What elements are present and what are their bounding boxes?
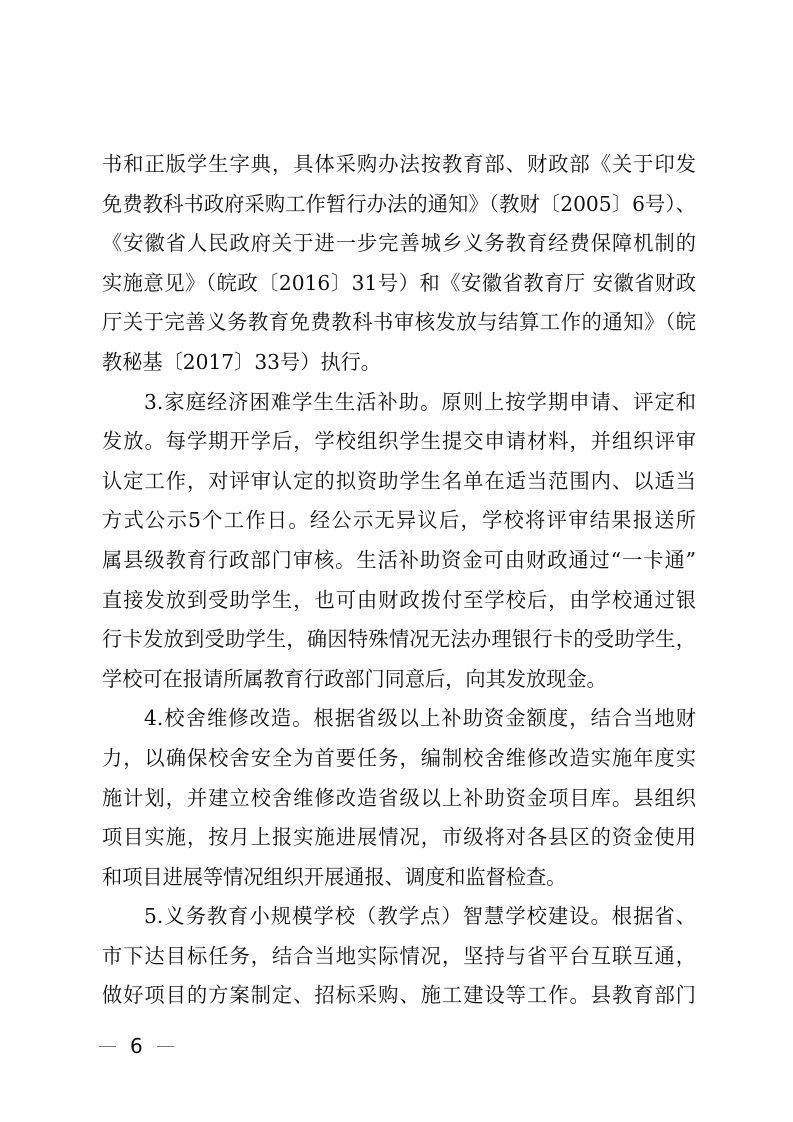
body-text: 书和正版学生字典，具体采购办法按教育部、财政部《关于印发免费教科书政府采购工作暂… <box>102 145 696 1016</box>
text-line: 书和正版学生字典，具体采购办法按教育部、财政部《关于印发 <box>102 145 696 185</box>
text-line: 方式公示5个工作日。经公示无异议后，学校将评审结果报送所 <box>102 501 696 541</box>
text-line: 教秘基〔2017〕33号）执行。 <box>102 343 696 383</box>
text-line: 学校可在报请所属教育行政部门同意后，向其发放现金。 <box>102 660 696 700</box>
text-line: 厅关于完善义务教育免费教科书审核发放与结算工作的通知》（皖 <box>102 303 696 343</box>
text-line: 实施意见》（皖政〔2016〕31号）和《安徽省教育厅 安徽省财政 <box>102 264 696 304</box>
page-number: 6 <box>130 1034 143 1058</box>
text-line: 做好项目的方案制定、招标采购、施工建设等工作。县教育部门 <box>102 976 696 1016</box>
text-line: 行卡发放到受助学生，确因特殊情况无法办理银行卡的受助学生， <box>102 620 696 660</box>
text-line: 和项目进展等情况组织开展通报、调度和监督检查。 <box>102 858 696 898</box>
text-line: 免费教科书政府采购工作暂行办法的通知》（教财〔2005〕6号）、 <box>102 185 696 225</box>
text-line: 《安徽省人民政府关于进一步完善城乡义务教育经费保障机制的 <box>102 224 696 264</box>
text-line: 直接发放到受助学生，也可由财政拨付至学校后，由学校通过银 <box>102 581 696 621</box>
text-line: 认定工作，对评审认定的拟资助学生名单在适当范围内、以适当 <box>102 462 696 502</box>
dash-left-decoration <box>99 1046 116 1047</box>
dash-right-decoration <box>157 1046 174 1047</box>
text-line: 4.校舍维修改造。根据省级以上补助资金额度，结合当地财 <box>102 699 696 739</box>
text-line: 发放。每学期开学后，学校组织学生提交申请材料，并组织评审 <box>102 422 696 462</box>
text-line: 属县级教育行政部门审核。生活补助资金可由财政通过“一卡通” <box>102 541 696 581</box>
text-line: 市下达目标任务，结合当地实际情况，坚持与省平台互联互通， <box>102 937 696 977</box>
text-line: 5.义务教育小规模学校（教学点）智慧学校建设。根据省、 <box>102 897 696 937</box>
text-line: 项目实施，按月上报实施进展情况，市级将对各县区的资金使用 <box>102 818 696 858</box>
text-line: 施计划，并建立校舍维修改造省级以上补助资金项目库。县组织 <box>102 779 696 819</box>
text-line: 3.家庭经济困难学生生活补助。原则上按学期申请、评定和 <box>102 383 696 423</box>
document-page: 书和正版学生字典，具体采购办法按教育部、财政部《关于印发免费教科书政府采购工作暂… <box>0 0 793 1122</box>
page-footer: 6 <box>99 1034 174 1058</box>
text-line: 力，以确保校舍安全为首要任务，编制校舍维修改造实施年度实 <box>102 739 696 779</box>
